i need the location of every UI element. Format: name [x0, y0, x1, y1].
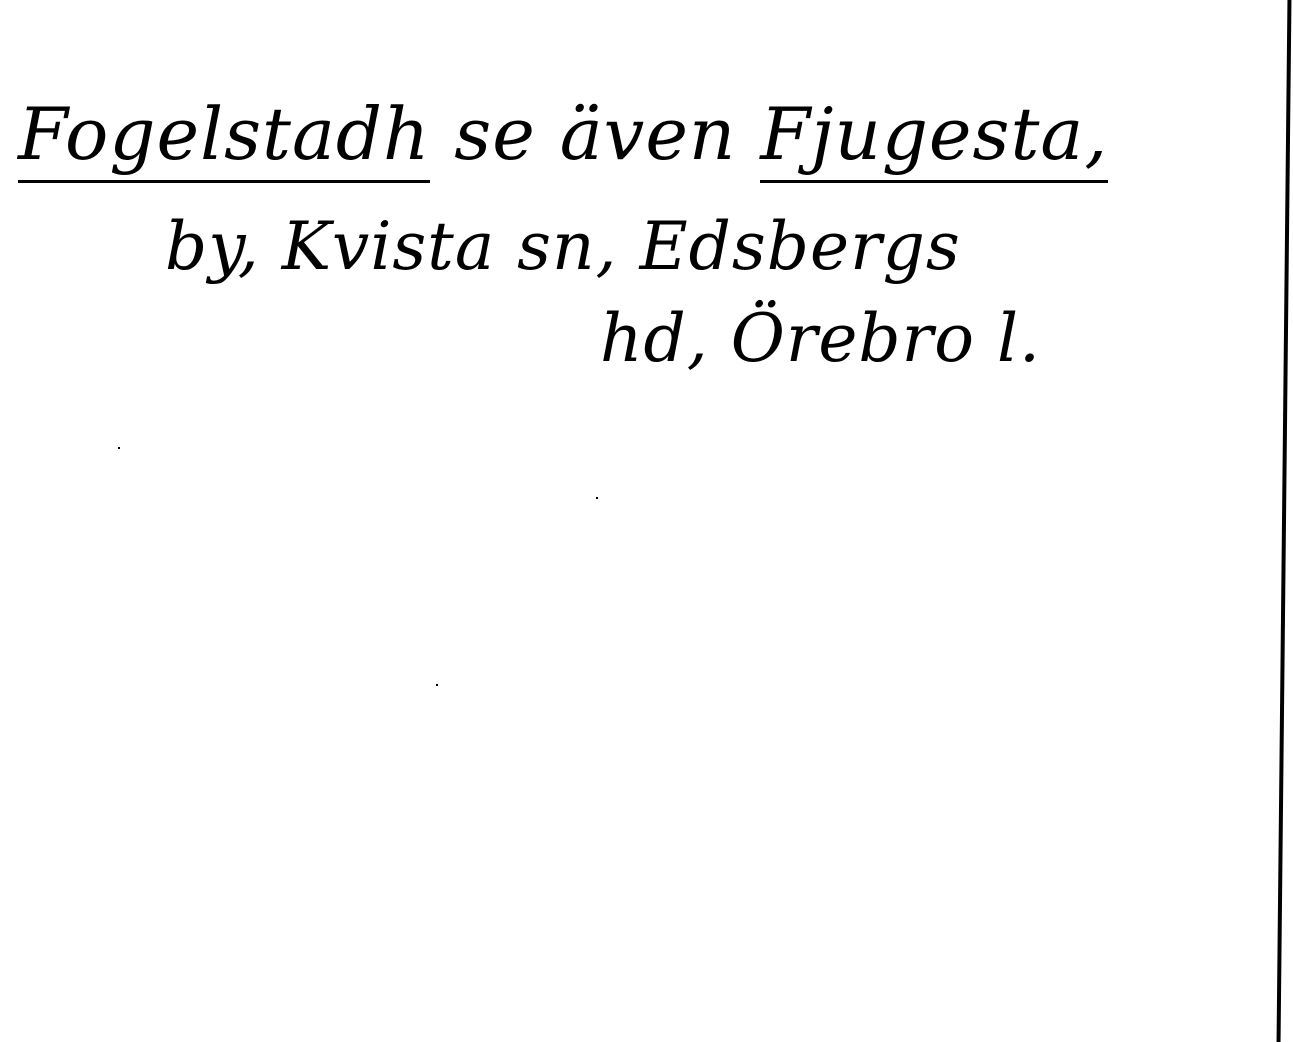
cross-reference: Fjugesta,: [760, 92, 1108, 183]
card-line-1: Fogelstadh se även Fjugesta,: [18, 92, 1108, 176]
index-card: Fogelstadh se även Fjugesta, by, Kvista …: [0, 0, 1293, 1042]
card-line-2: by, Kvista sn, Edsbergs: [165, 208, 961, 285]
scan-speck: [596, 497, 598, 499]
scan-edge: [1277, 0, 1292, 1042]
card-line-3: hd, Örebro l.: [600, 300, 1041, 377]
scan-speck: [118, 447, 120, 449]
scan-speck: [436, 684, 438, 686]
headword: Fogelstadh: [18, 92, 430, 183]
see-also-label: se även: [454, 92, 736, 176]
